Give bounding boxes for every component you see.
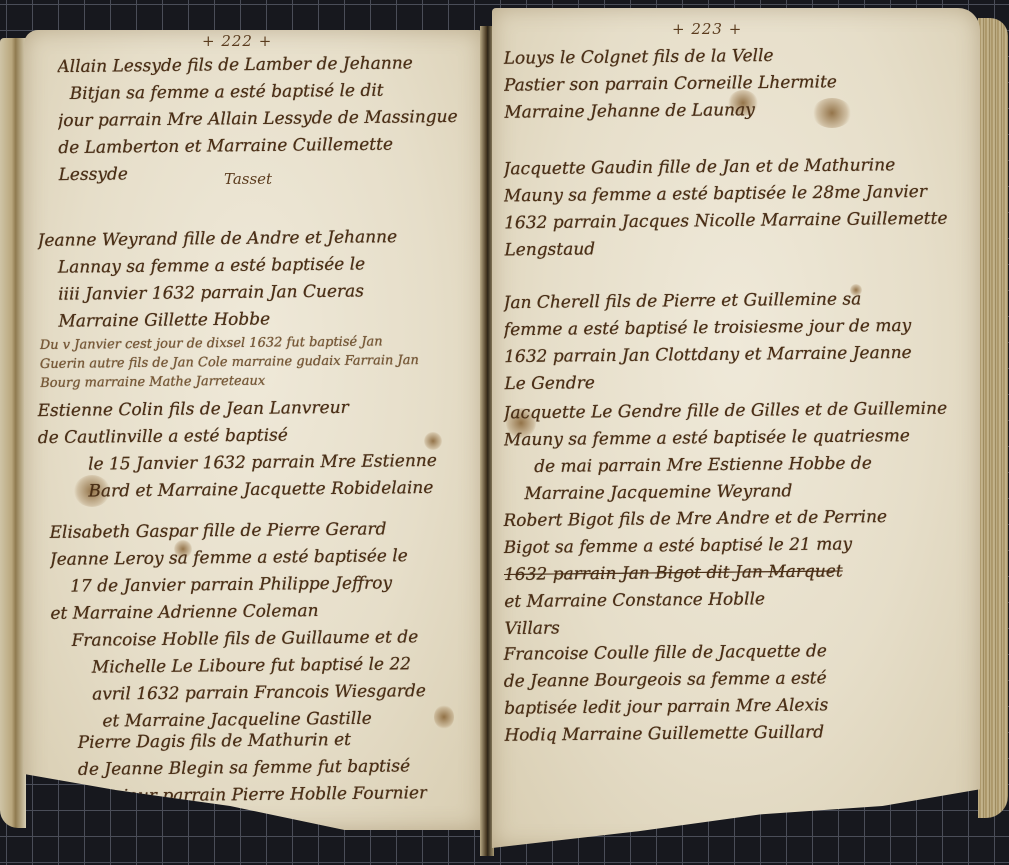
entry-line: de Cautlinville a esté baptisé <box>38 421 437 452</box>
register-entry: Jeanne Weyrand fille de Andre et Jehanne… <box>37 224 398 336</box>
register-entry: Pierre Dagis fils de Mathurin et de Jean… <box>78 726 428 811</box>
register-entry: Jacquette Gaudin fille de Jan et de Math… <box>503 152 947 265</box>
entry-line: 17 de Janvier parrain Philippe Jeffroy <box>50 570 408 601</box>
register-entry: Francoise Hoblle fils de Guillaume et de… <box>71 624 426 736</box>
entry-line: Le Gendre <box>504 367 912 398</box>
entry-line: Francoise Coulle fille de Jacquette de <box>503 638 827 668</box>
entry-line: ledit jour parrain Pierre Hoblle Fournie… <box>78 780 427 811</box>
register-entry: Elisabeth Gaspar fille de Pierre Gerard … <box>49 516 408 628</box>
register-entry: Francoise Coulle fille de Jacquette de d… <box>503 638 828 749</box>
entry-line: Jeanne Leroy sa femme a esté baptisée le <box>50 543 408 574</box>
register-entry-faint: Du v Janvier cest jour de dixsel 1632 fu… <box>40 332 419 393</box>
left-page-stack-edge <box>0 38 26 828</box>
entry-line: avril 1632 parrain Francois Wiesgarde <box>72 678 426 709</box>
entry-line: Lengstaud <box>504 233 948 265</box>
entry-line: Bigot sa femme a esté baptisé le 21 may <box>504 531 888 562</box>
entry-line: Marraine Gillette Hobbe <box>38 305 398 336</box>
entry-line: Jan Cherell fils de Pierre et Guillemine… <box>503 286 911 317</box>
folio-number-left: + 222 + <box>202 32 272 50</box>
entry-line: Villars <box>504 612 888 643</box>
entry-line: 1632 parrain Jacques Nicolle Marraine Gu… <box>504 206 948 238</box>
entry-line: Bitjan sa femme a esté baptisé le dit <box>58 77 458 108</box>
right-page-stack-edge <box>978 18 1008 818</box>
entry-line: Mauny sa femme a esté baptisée le quatri… <box>504 423 948 455</box>
entry-line: Allain Lessyde fils de Lamber de Jehanne <box>57 50 457 81</box>
entry-line: Guerin autre fils de Jan Cole marraine g… <box>40 351 419 374</box>
open-register-book: + 222 + Allain Lessyde fils de Lamber de… <box>0 0 1009 865</box>
entry-line: Bourg marraine Mathe Jarreteaux <box>40 370 419 393</box>
entry-line: Estienne Colin fils de Jean Lanvreur <box>37 394 436 425</box>
register-entry: Robert Bigot fils de Mre Andre et de Per… <box>503 504 888 643</box>
register-entry: Allain Lessyde fils de Lamber de Jehanne… <box>57 50 458 189</box>
register-entry: Estienne Colin fils de Jean Lanvreur de … <box>37 394 437 506</box>
book-gutter <box>480 26 494 856</box>
ink-stain <box>434 705 454 729</box>
register-entry: Jacquette Le Gendre fille de Gilles et d… <box>503 396 948 509</box>
register-entry: Louys le Colgnet fils de la Velle Pastie… <box>504 42 838 126</box>
entry-line: Pastier son parrain Corneille Lhermite <box>504 69 837 99</box>
priest-signature: Tasset <box>224 170 272 188</box>
entry-line: femme a esté baptisé le troisiesme jour … <box>504 313 912 344</box>
entry-line: de Jeanne Blegin sa femme fut baptisé <box>78 753 427 784</box>
entry-line: le 15 Janvier 1632 parrain Mre Estienne <box>38 448 437 479</box>
entry-line: iiii Janvier 1632 parrain Jan Cueras <box>38 278 398 309</box>
entry-line: Elisabeth Gaspar fille de Pierre Gerard <box>49 516 407 547</box>
entry-line: de Jeanne Bourgeois sa femme a esté <box>504 665 828 695</box>
entry-line: Louys le Colgnet fils de la Velle <box>504 42 837 72</box>
folio-number-right: + 223 + <box>672 20 742 38</box>
entry-line: Bard et Marraine Jacquette Robidelaine <box>38 475 437 506</box>
entry-line: et Marraine Adrienne Coleman <box>50 597 408 628</box>
entry-line: baptisée ledit jour parrain Mre Alexis <box>504 692 828 722</box>
entry-line: Lannay sa femme a esté baptisée le <box>38 251 398 282</box>
entry-line: et Marraine Constance Hoblle <box>504 585 888 616</box>
entry-line: Robert Bigot fils de Mre Andre et de Per… <box>503 504 887 535</box>
entry-line: 1632 parrain Jan Clottdany et Marraine J… <box>504 340 912 371</box>
right-page: + 223 + Louys le Colgnet fils de la Vell… <box>492 8 980 848</box>
entry-line: de Lamberton et Marraine Cuillemette <box>58 131 458 162</box>
entry-line: Marraine Jehanne de Launay <box>504 96 837 126</box>
entry-line: jour parrain Mre Allain Lessyde de Massi… <box>58 104 458 135</box>
entry-line: Jeanne Weyrand fille de Andre et Jehanne <box>37 224 397 255</box>
entry-line: Hodiq Marraine Guillemette Guillard <box>504 719 828 749</box>
entry-line: Francoise Hoblle fils de Guillaume et de <box>71 624 425 655</box>
left-page: + 222 + Allain Lessyde fils de Lamber de… <box>24 30 482 830</box>
entry-line: Pierre Dagis fils de Mathurin et <box>78 726 427 757</box>
entry-line-struck: 1632 parrain Jan Bigot dit Jan Marquet <box>504 558 888 589</box>
register-entry: Jan Cherell fils de Pierre et Guillemine… <box>503 286 912 398</box>
entry-line: Michelle Le Liboure fut baptisé le 22 <box>72 651 426 682</box>
